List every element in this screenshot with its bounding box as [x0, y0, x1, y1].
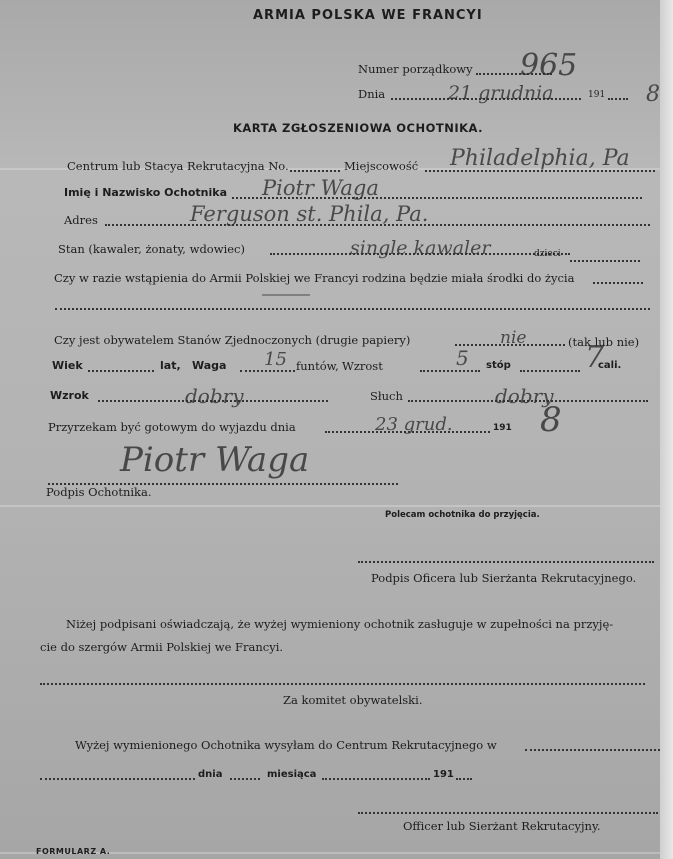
departure-value: 23 grud.: [375, 414, 453, 435]
dispatch-month-field[interactable]: [322, 778, 430, 780]
weight-unit: funtów,: [296, 359, 339, 373]
status-label: Stan (kawaler, żonaty, wdowiec): [58, 242, 245, 256]
center-field[interactable]: [290, 170, 340, 172]
address-label: Adres: [64, 213, 98, 227]
family-value: ―――: [262, 284, 310, 303]
children-label: dzieci: [534, 249, 561, 259]
weight-label: Waga: [192, 359, 226, 372]
committee-label: Za komitet obywatelski.: [283, 693, 422, 707]
age-field[interactable]: [88, 370, 154, 372]
recommend-label: Polecam ochotnika do przyjęcia.: [385, 510, 540, 520]
locality-value: Philadelphia, Pa: [450, 146, 630, 171]
address-value: Ferguson st. Phila, Pa.: [190, 202, 428, 226]
volunteer-signature: Piotr Waga: [120, 440, 309, 480]
citizen-label: Czy jest obywatelem Stanów Zjednoczonych…: [54, 333, 410, 347]
form-code: FORMULARZ A.: [36, 847, 110, 856]
departure-year-suffix: 8: [540, 400, 562, 440]
height-label: Wzrost: [342, 359, 383, 373]
locality-label: Miejscowość: [344, 159, 418, 173]
dispatch-month-label: miesiąca: [267, 769, 316, 780]
family-field-line2[interactable]: [55, 308, 650, 310]
citizen-value: nie: [500, 328, 526, 348]
number-value: 965: [520, 48, 577, 83]
number-label: Numer porządkowy: [358, 62, 473, 76]
document-paper: ARMIA POLSKA WE FRANCYI Numer porządkowy…: [0, 0, 660, 859]
dispatch-day-field[interactable]: [230, 778, 260, 780]
dispatch-year-field[interactable]: [456, 778, 472, 780]
dispatch-day-label: dnia: [198, 769, 222, 780]
dispatch-year-label: 191: [433, 769, 454, 780]
committee-signature-field[interactable]: [40, 683, 645, 685]
name-value: Piotr Waga: [262, 176, 379, 200]
weight-value: 15: [264, 349, 287, 370]
date-year-prefix: 191: [588, 90, 605, 100]
age-unit: lat,: [160, 359, 181, 372]
dispatch-blank-field[interactable]: [40, 778, 195, 780]
date-label: Dnia: [358, 87, 385, 101]
name-label: Imię i Nazwisko Ochotnika: [64, 186, 227, 199]
fold-line: [0, 505, 660, 507]
hearing-label: Słuch: [370, 389, 403, 403]
family-label: Czy w razie wstąpienia do Armii Polskiej…: [54, 271, 574, 285]
children-field[interactable]: [570, 260, 640, 262]
form-title: KARTA ZGŁOSZENIOWA OCHOTNIKA.: [233, 121, 483, 135]
dispatch-officer-signature-field[interactable]: [358, 812, 658, 814]
height-inches-field[interactable]: [520, 370, 580, 372]
dispatch-center-field[interactable]: [525, 749, 660, 751]
dispatch-officer-label: Officer lub Sierżant Rekrutacyjny.: [403, 819, 601, 833]
sight-label: Wzrok: [50, 389, 89, 402]
dispatch-line1: Wyżej wymienionego Ochotnika wysyłam do …: [75, 738, 497, 752]
officer-signature-label: Podpis Oficera lub Sierżanta Rekrutacyjn…: [371, 571, 636, 585]
date-year-suffix: 8: [646, 82, 660, 107]
height-feet-value: 5: [456, 346, 469, 370]
family-field[interactable]: [593, 282, 643, 284]
status-value: single kawaler: [350, 237, 490, 259]
paper-edge: [660, 0, 673, 859]
height-inches-unit: cali.: [598, 360, 621, 371]
center-label: Centrum lub Stacya Rekrutacyjna No.: [67, 159, 289, 173]
document-title: ARMIA POLSKA WE FRANCYI: [253, 8, 483, 23]
volunteer-signature-label: Podpis Ochotnika.: [46, 485, 152, 499]
weight-field[interactable]: [240, 370, 295, 372]
declaration-line2: cie do szergów Armii Polskiej we Francyi…: [40, 640, 283, 654]
sight-value: dobry: [185, 384, 244, 408]
height-feet-field[interactable]: [420, 370, 480, 372]
departure-year-prefix: 191: [493, 423, 512, 433]
date-value: 21 grudnia: [448, 82, 554, 104]
departure-label: Przyrzekam być gotowym do wyjazdu dnia: [48, 420, 296, 434]
age-label: Wiek: [52, 359, 83, 372]
height-feet-unit: stóp: [486, 360, 511, 371]
year-dots: [608, 98, 628, 100]
declaration-line1: Niżej podpisani oświadczają, że wyżej wy…: [66, 617, 613, 631]
officer-signature-field[interactable]: [358, 561, 654, 563]
